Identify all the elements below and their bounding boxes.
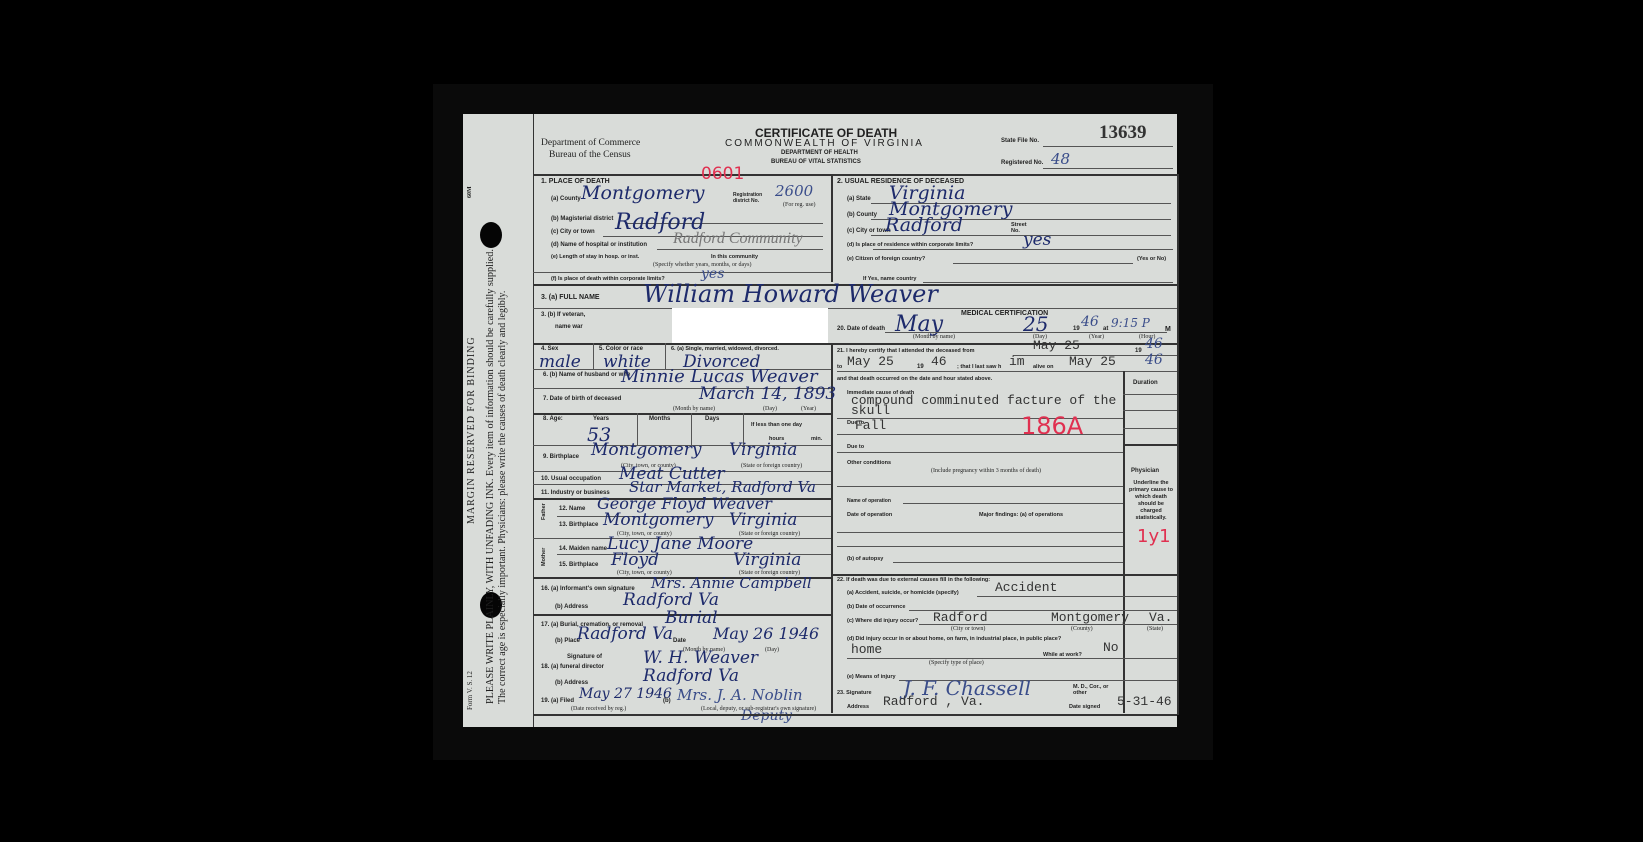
director-label: 18. (a) funeral director — [541, 664, 604, 670]
filed-label: 19. (a) Filed — [541, 698, 574, 704]
citizen-label: (e) Citizen of foreign country? — [847, 256, 925, 262]
red-code-186a: 186A — [1021, 412, 1083, 440]
form-code: 60M — [467, 186, 473, 198]
state-hint: (State) — [1147, 626, 1163, 632]
dob-year-hint: (Year) — [801, 406, 816, 412]
dept-commerce: Department of Commerce — [541, 138, 640, 148]
accident-value: Accident — [995, 580, 1057, 595]
physician-label: Physician — [1131, 468, 1159, 474]
to-year-prefix: 19 — [917, 364, 924, 370]
months-label: Months — [649, 416, 670, 422]
other-conditions-label: Other conditions — [847, 460, 891, 466]
operation-label: Name of operation — [847, 498, 891, 504]
occurred-label: and that death occurred on the date and … — [837, 376, 992, 382]
informant-address: Radford Va — [623, 590, 719, 610]
instruction-line-2: The correct age is especially important.… — [497, 291, 508, 704]
spouse-label: 6. (b) Name of husband or wife — [543, 372, 630, 378]
state-file-number: 13639 — [1099, 122, 1147, 144]
bureau-vital-stats: BUREAU OF VITAL STATISTICS — [771, 159, 861, 165]
registrar-hint: (Local, deputy, or sub-registrar's own s… — [701, 706, 816, 712]
to-label: to — [837, 364, 842, 370]
state-country-hint: (State or foreign country) — [741, 463, 802, 469]
burial-place: Radford Va — [577, 624, 673, 644]
hospital-name: Radford Community — [673, 230, 803, 248]
commonwealth-title: COMMONWEALTH OF VIRGINIA — [725, 138, 924, 149]
pregnancy-hint: (Include pregnancy within 3 months of de… — [931, 468, 1041, 474]
place-value: home — [851, 642, 882, 657]
address-label: Address — [847, 704, 869, 710]
director-name: W. H. Weaver — [643, 648, 758, 668]
registrar-label: (b) — [663, 698, 671, 704]
binding-margin: Form V. S. 12 60M MARGIN RESERVED FOR BI… — [463, 114, 534, 727]
dept-health: DEPARTMENT OF HEALTH — [781, 150, 858, 156]
punch-hole — [480, 222, 502, 248]
him-value: im — [1009, 354, 1025, 369]
death-year: 46 — [1081, 314, 1099, 330]
magisterial-label: (b) Magisterial district — [551, 216, 613, 222]
father-name-label: 12. Name — [559, 506, 585, 512]
findings-label: Major findings: (a) of operations — [979, 512, 1063, 518]
death-certificate: Form V. S. 12 60M MARGIN RESERVED FOR BI… — [463, 114, 1177, 727]
reg-district-label: Registration district No. — [733, 192, 773, 204]
community-label: In this community — [711, 254, 758, 260]
accident-label: (a) Accident, suicide, or homicide (spec… — [847, 590, 959, 596]
res-state-label: (a) State — [847, 196, 871, 202]
attended-year-prefix: 19 — [1135, 348, 1142, 354]
burial-date-label: Date — [673, 638, 686, 644]
father-label: Father — [541, 503, 547, 520]
years-label: Years — [593, 416, 609, 422]
due-to-value: Fall — [855, 418, 886, 433]
death-county: Montgomery — [581, 182, 704, 204]
mother-birth-label: 15. Birthplace — [559, 562, 598, 568]
stay-label: (e) Length of stay in hosp. or inst. — [551, 254, 639, 260]
form-number: Form V. S. 12 — [466, 671, 474, 710]
instruction-line-1: PLEASE WRITE PLAINLY, WITH UNFADING INK.… — [485, 249, 496, 704]
mother-label: Mother — [541, 548, 547, 566]
hospital-label: (d) Name of hospital or institution — [551, 242, 647, 248]
citizen-hint: (Yes or No) — [1137, 256, 1166, 262]
burial-day-hint: (Day) — [765, 647, 779, 653]
war-label: name war — [555, 324, 583, 330]
dob-day-hint: (Day) — [763, 406, 777, 412]
reg-use-hint: (For reg. use) — [783, 202, 816, 208]
reg-district-number: 2600 — [775, 182, 813, 200]
age-label: 8. Age: — [543, 416, 563, 422]
autopsy-label: (b) of autopsy — [847, 556, 883, 562]
informant-sig-label: 16. (a) Informant's own signature — [541, 586, 635, 592]
birthplace-county: Montgomery — [591, 440, 701, 460]
filed-date: May 27 1946 — [579, 686, 672, 702]
due-to2-label: Due to — [847, 444, 864, 450]
means-label: (e) Means of injury — [847, 674, 896, 680]
min-label: min. — [811, 436, 822, 442]
last-saw-label: ; that I last saw h — [957, 364, 1001, 370]
veteran-label: 3. (b) If veteran, — [541, 312, 585, 318]
dob-month-hint: (Month by name) — [673, 406, 715, 412]
attended-to: May 25 — [847, 354, 894, 369]
attended-from: May 25 — [1033, 338, 1080, 353]
birthplace-state: Virginia — [729, 440, 797, 460]
red-code-1y1: 1y1 — [1137, 526, 1171, 547]
days-label: Days — [705, 416, 719, 422]
death-hour: 9:15 P — [1111, 316, 1150, 330]
birthplace-label: 9. Birthplace — [543, 454, 579, 460]
operation-date-label: Date of operation — [847, 512, 892, 518]
director-address: Radford Va — [643, 666, 739, 686]
burial-date: May 26 1946 — [713, 624, 819, 643]
date-signed: 5-31-46 — [1117, 694, 1172, 709]
year-hint: (Year) — [1089, 334, 1104, 340]
attended-from-year: 46 — [1145, 336, 1163, 352]
dob-value: March 14, 1893 — [699, 384, 836, 404]
father-birth-label: 13. Birthplace — [559, 522, 598, 528]
state-file-label: State File No. — [1001, 138, 1039, 144]
where-label: (c) Where did injury occur? — [847, 618, 918, 624]
registered-number: 48 — [1051, 150, 1070, 168]
duration-label: Duration — [1133, 380, 1158, 386]
date-of-death-label: 20. Date of death — [837, 326, 885, 332]
city-hint: (City or town) — [951, 626, 985, 632]
father-birth-county: Montgomery — [603, 510, 713, 530]
director-sig-label: Signature of — [567, 654, 602, 660]
month-hint: (Month by name) — [913, 334, 955, 340]
external-heading: 22. If death was due to external causes … — [837, 577, 990, 583]
where-city: Radford — [933, 610, 988, 625]
bureau-census: Bureau of the Census — [549, 150, 631, 160]
res-corporate-value: yes — [1023, 230, 1051, 250]
md-label: M. D., Cor., or other — [1073, 684, 1113, 696]
occupation-label: 10. Usual occupation — [541, 476, 601, 482]
red-code-0601: 0601 — [701, 164, 744, 184]
res-city: Radford — [885, 214, 963, 236]
physician-address: Radford , Va. — [883, 694, 984, 709]
where-state: Va. — [1149, 610, 1172, 625]
redacted-area — [672, 308, 828, 344]
full-name: William Howard Weaver — [643, 280, 938, 308]
death-city-label: (c) City or town — [551, 229, 595, 235]
alive-label: alive on — [1033, 364, 1053, 370]
place-hint: (Specify type of place) — [929, 660, 984, 666]
attended-to-year: 46 — [931, 354, 947, 369]
registrar-signature: Mrs. J. A. Noblin — [677, 686, 803, 704]
full-name-label: 3. (a) FULL NAME — [541, 294, 600, 301]
signature-label: 23. Signature — [837, 690, 872, 696]
less-day-label: If less than one day — [751, 422, 802, 428]
informant-address-label: (b) Address — [555, 604, 588, 610]
res-county-label: (b) County — [847, 212, 877, 218]
county-hint: (County) — [1071, 626, 1093, 632]
form-body: Department of Commerce Bureau of the Cen… — [533, 114, 1177, 727]
mother-birth-county: Floyd — [611, 550, 659, 570]
date-signed-label: Date signed — [1069, 704, 1100, 710]
work-value: No — [1103, 640, 1119, 655]
margin-reserved-label: MARGIN RESERVED FOR BINDING — [466, 336, 477, 524]
father-birth-state: Virginia — [729, 510, 797, 530]
filed-hint: (Date received by reg.) — [571, 706, 626, 712]
underline-note: Underline the primary cause to which dea… — [1127, 480, 1175, 522]
dob-label: 7. Date of birth of deceased — [543, 396, 621, 402]
where-county: Montgomery — [1051, 610, 1129, 625]
mother-name-label: 14. Maiden name — [559, 546, 607, 552]
registered-label: Registered No. — [1001, 160, 1043, 166]
res-corporate-label: (d) Is place of residence within corpora… — [847, 242, 973, 248]
county-label: (a) County — [551, 196, 581, 202]
occurrence-label: (b) Date of occurrence — [847, 604, 905, 610]
alive-year: 46 — [1145, 352, 1163, 368]
alive-on: May 25 — [1069, 354, 1116, 369]
mother-birth-state: Virginia — [733, 550, 801, 570]
